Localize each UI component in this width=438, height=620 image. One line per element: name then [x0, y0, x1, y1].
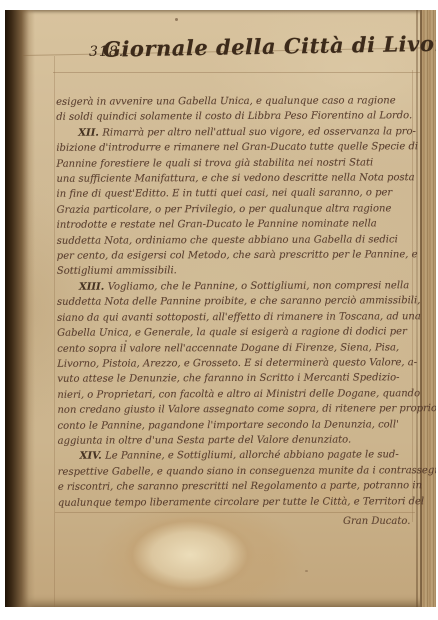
ink-speck [175, 18, 178, 21]
manuscript-line: XIV. Le Pannine, e Sottigliumi, allorché… [58, 448, 416, 465]
manuscript-line: XII. Rimarrà per altro nell'attual suo v… [56, 124, 414, 141]
manuscript-line: introdotte e restate nel Gran-Ducato le … [57, 216, 415, 233]
manuscript-line: siano da qui avanti sottoposti, all'effe… [57, 309, 415, 326]
book-fore-edge [420, 10, 436, 607]
manuscript-line: non credano giusto il Valore assegnato c… [57, 401, 415, 418]
manuscript-line: XIII. Vogliamo, che le Pannine, o Sottig… [57, 278, 415, 295]
manuscript-line: esigerà in avvenire una Gabella Unica, e… [56, 93, 414, 110]
ink-speck [305, 570, 308, 572]
manuscript-line: Gabella Unica, e Generale, la quale si e… [57, 324, 415, 341]
manuscript-line: per cento, da esigersi col Metodo, che s… [57, 247, 415, 264]
manuscript-line: cento sopra il valore nell'accennate Dog… [57, 340, 415, 357]
manuscript-line: nieri, o Proprietari, con facoltà e altr… [57, 386, 415, 403]
manuscript-line: suddetta Nota, ordiniamo che queste abbi… [57, 232, 415, 249]
manuscript-line: ibizione d'introdurre e rimanere nel Gra… [56, 139, 414, 156]
manuscript-line: una sufficiente Manifattura, e che si ve… [56, 170, 414, 187]
manuscript-line: vuto attese le Denunzie, che faranno in … [57, 371, 415, 388]
manuscript-line: respettive Gabelle, e quando siano in co… [58, 463, 416, 480]
ink-speck [255, 38, 257, 40]
manuscript-photo: 318. Giornale della Città di Livorno esi… [5, 10, 436, 607]
ruled-line-bottom [55, 512, 415, 513]
manuscript-line: Sottigliumi ammissibili. [57, 263, 415, 280]
manuscript-line: aggiunta in oltre d'una Sesta parte del … [58, 432, 416, 449]
ruled-line-under-title [53, 72, 420, 73]
manuscript-line: Grazia particolare, o per Privilegio, o … [57, 201, 415, 218]
ink-speck [125, 340, 127, 342]
manuscript-line: conto le Pannine, pagandone l'importare … [58, 417, 416, 434]
text-block: esigerà in avvenire una Gabella Unica, e… [56, 93, 416, 511]
manuscript-line: qualunque tempo liberamente circolare pe… [58, 494, 416, 511]
manuscript-line: Livorno, Pistoia, Arezzo, e Grosseto. E … [57, 355, 415, 372]
page-edge-crease [416, 10, 418, 607]
manuscript-line: in fine di quest'Editto. E in tutti quei… [56, 186, 414, 203]
book-gutter-shadow [5, 10, 35, 607]
page-title: Giornale della Città di Livorno [103, 31, 413, 61]
manuscript-line: Pannine forestiere le quali si trova già… [56, 155, 414, 172]
margin-rule-left [54, 56, 55, 607]
manuscript-line: di soldi quindici solamente il costo di … [56, 109, 414, 126]
manuscript-line: suddetta Nota delle Pannine proibite, e … [57, 294, 415, 311]
catchword: Gran Ducato. [343, 516, 410, 527]
manuscript-line: e riscontri, che saranno prescritti nel … [58, 478, 416, 495]
